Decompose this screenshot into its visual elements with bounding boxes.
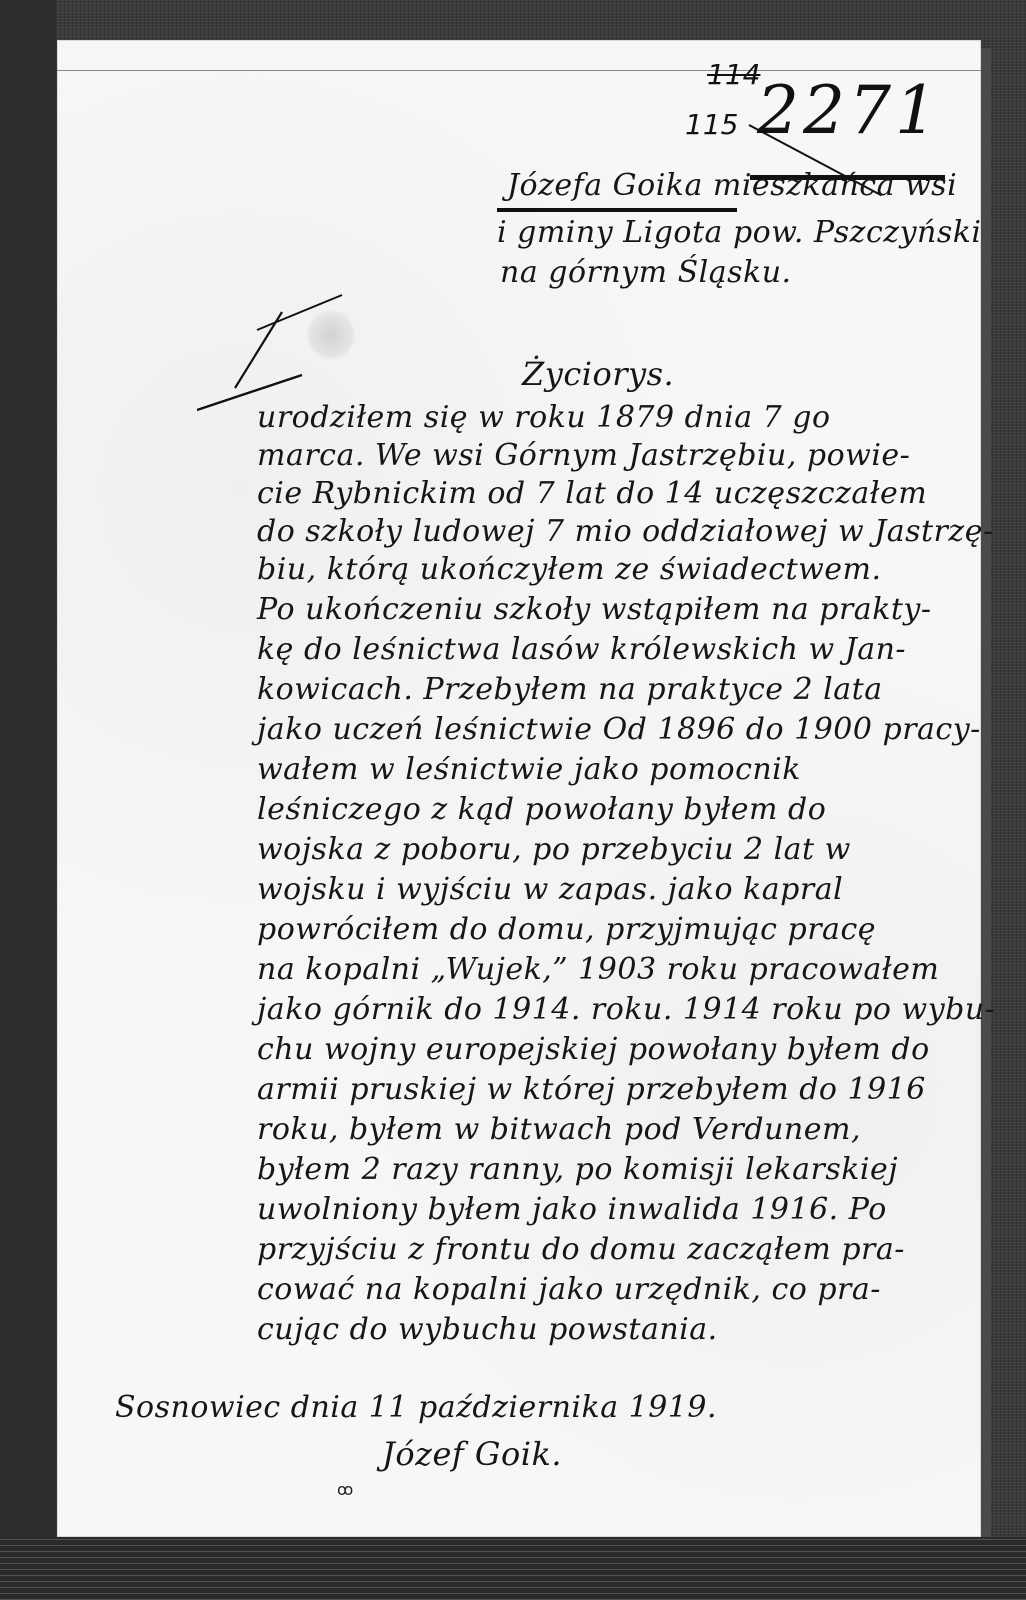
file-number: 2271: [757, 72, 941, 149]
top-ruled-line: [57, 70, 981, 71]
signature: Józef Goik.: [382, 1435, 562, 1473]
body-line: wałem w leśnictwie jako pomocnik: [257, 752, 801, 787]
body-line: jako uczeń leśnictwie Od 1896 do 1900 pr…: [257, 712, 981, 747]
paper-edge-right: [981, 48, 991, 1537]
body-line: powróciłem do domu, przyjmując pracę: [257, 912, 876, 947]
old-page-number: 114: [707, 58, 760, 91]
body-line: do szkoły ludowej 7 mio oddziałowej w Ja…: [257, 514, 994, 549]
body-line: wojska z poboru, po przebyciu 2 lat w: [257, 832, 851, 867]
body-line: chu wojny europejskiej powołany byłem do: [257, 1032, 930, 1067]
body-line: cując do wybuchu powstania.: [257, 1312, 718, 1347]
stamp-smudge: [307, 310, 355, 360]
body-line: uwolniony byłem jako inwalida 1916. Po: [257, 1192, 887, 1227]
place-and-date: Sosnowiec dnia 11 października 1919.: [115, 1390, 717, 1425]
document-title: Życiorys.: [522, 355, 674, 393]
body-line: byłem 2 razy ranny, po komisji lekarskie…: [257, 1152, 898, 1187]
header-line-3: na górnym Śląsku.: [500, 255, 792, 290]
body-line: Po ukończeniu szkoły wstąpiłem na prakty…: [257, 592, 932, 627]
body-line: urodziłem się w roku 1879 dnia 7 go: [257, 400, 831, 435]
scan-bottom-border: [0, 1537, 1026, 1600]
document-page: 114 115 2271 Józefa Goika mieszkańca wsi…: [57, 40, 981, 1537]
page-number: 115: [685, 108, 738, 141]
body-line: wojsku i wyjściu w zapas. jako kapral: [257, 872, 843, 907]
header-line-1: Józefa Goika mieszkańca wsi: [507, 168, 957, 203]
body-line: armii pruskiej w której przebyłem do 191…: [257, 1072, 926, 1107]
name-underline: [497, 208, 737, 212]
body-line: cować na kopalni jako urzędnik, co pra-: [257, 1272, 881, 1307]
body-line: na kopalni „Wujek,” 1903 roku pracowałem: [257, 952, 939, 987]
body-line: cie Rybnickim od 7 lat do 14 uczęszczałe…: [257, 476, 927, 511]
body-line: roku, byłem w bitwach pod Verdunem,: [257, 1112, 861, 1147]
scan-border-left: [0, 0, 56, 1600]
body-line: jako górnik do 1914. roku. 1914 roku po …: [257, 992, 995, 1027]
body-line: marca. We wsi Górnym Jastrzębiu, powie-: [257, 438, 910, 473]
header-line-2: i gminy Ligota pow. Pszczyński: [497, 215, 982, 250]
body-line: leśniczego z kąd powołany byłem do: [257, 792, 826, 827]
body-line: biu, którą ukończyłem ze świadectwem.: [257, 552, 882, 587]
ink-blot-mark: ꝏ: [337, 1480, 353, 1499]
body-line: kowicach. Przebyłem na praktyce 2 lata: [257, 672, 883, 707]
body-line: kę do leśnictwa lasów królewskich w Jan-: [257, 632, 906, 667]
body-line: przyjściu z frontu do domu zacząłem pra-: [257, 1232, 905, 1267]
